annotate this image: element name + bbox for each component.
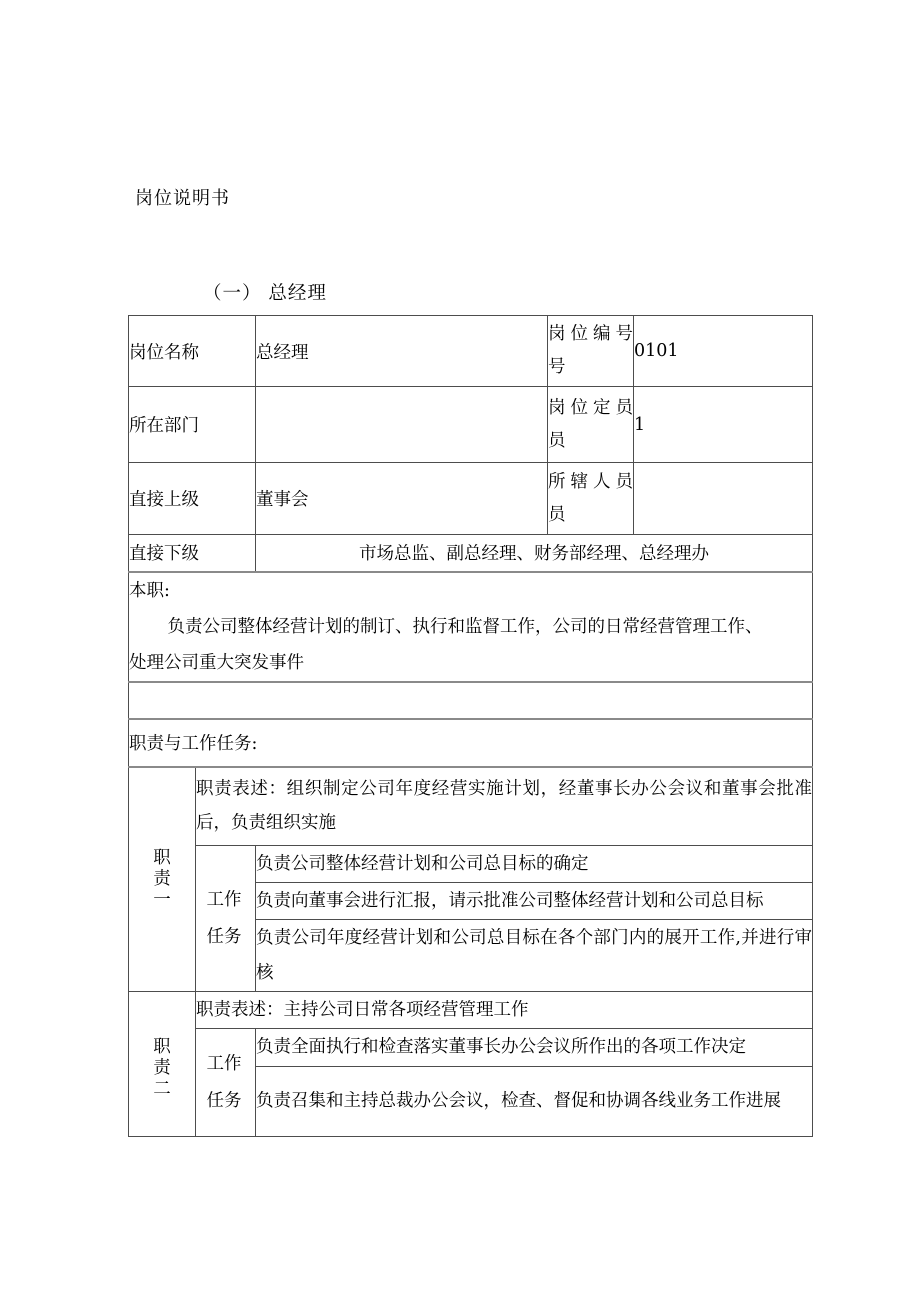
row-tasks-header: 职责与工作任务:	[129, 719, 813, 767]
row-department: 所在部门 岗位定员员 1	[129, 387, 813, 463]
department-value	[256, 387, 548, 463]
direct-subordinates-label: 直接下级	[129, 535, 256, 572]
resp1-task-label-cell: 工作任务	[196, 846, 256, 992]
job-description-table: 岗位名称 总经理 岗位编号号 0101 所在部门 岗位定员员 1 直接上级 董事…	[128, 315, 813, 1137]
headcount-label: 岗位定员员	[548, 387, 634, 463]
resp2-label: 职责二	[152, 1037, 172, 1100]
resp1-task3: 负责公司年度经营计划和公司总目标在各个部门内的展开工作,并进行审核	[256, 920, 813, 992]
resp1-label-cell: 职责一	[129, 767, 196, 992]
main-duty-line2: 处理公司重大突发事件	[129, 645, 812, 681]
row-resp2-task1: 工作任务 负责全面执行和检查落实董事长办公会议所作出的各项工作决定	[129, 1029, 813, 1067]
resp1-task2: 负责向董事会进行汇报，请示批准公司整体经营计划和公司总目标	[256, 883, 813, 920]
direct-superior-value: 董事会	[256, 463, 548, 535]
position-name-value: 总经理	[256, 316, 548, 387]
position-name-label: 岗位名称	[129, 316, 256, 387]
document-page: 岗位说明书 （一） 总经理 岗位名称 总经理 岗位编号号 0101 所在部门 岗…	[0, 0, 920, 1302]
document-title: 岗位说明书	[135, 184, 230, 210]
position-code-value: 0101	[634, 316, 813, 387]
resp1-task-label: 工作任务	[207, 882, 245, 956]
resp2-statement: 职责表述：主持公司日常各项经营管理工作	[196, 992, 813, 1029]
resp2-label-cell: 职责二	[129, 992, 196, 1137]
subordinate-staff-label: 所辖人员员	[548, 463, 634, 535]
main-duty-line1: 负责公司整体经营计划的制订、执行和监督工作，公司的日常经营管理工作、	[129, 609, 812, 645]
resp2-task-label: 工作任务	[207, 1046, 245, 1120]
subordinate-staff-value	[634, 463, 813, 535]
resp1-label: 职责一	[152, 848, 172, 911]
row-direct-subordinates: 直接下级 市场总监、副总经理、财务部经理、总经理办	[129, 535, 813, 572]
main-duty-cell: 本职: 负责公司整体经营计划的制订、执行和监督工作，公司的日常经营管理工作、 处…	[129, 572, 813, 682]
main-duty-label: 本职:	[129, 573, 812, 609]
department-label: 所在部门	[129, 387, 256, 463]
resp2-task2: 负责召集和主持总裁办公会议，检查、督促和协调各线业务工作进展	[256, 1067, 813, 1137]
resp2-task1: 负责全面执行和检查落实董事长办公会议所作出的各项工作决定	[256, 1029, 813, 1067]
row-direct-superior: 直接上级 董事会 所辖人员员	[129, 463, 813, 535]
row-position-name: 岗位名称 总经理 岗位编号号 0101	[129, 316, 813, 387]
row-main-duty: 本职: 负责公司整体经营计划的制订、执行和监督工作，公司的日常经营管理工作、 处…	[129, 572, 813, 682]
position-code-label: 岗位编号号	[548, 316, 634, 387]
resp2-task-label-cell: 工作任务	[196, 1029, 256, 1137]
direct-superior-label: 直接上级	[129, 463, 256, 535]
resp1-task1: 负责公司整体经营计划和公司总目标的确定	[256, 846, 813, 883]
resp1-statement: 职责表述：组织制定公司年度经营实施计划，经董事长办公会议和董事会批准后，负责组织…	[196, 767, 813, 846]
row-resp1-statement: 职责一 职责表述：组织制定公司年度经营实施计划，经董事长办公会议和董事会批准后，…	[129, 767, 813, 846]
headcount-value: 1	[634, 387, 813, 463]
row-resp2-statement: 职责二 职责表述：主持公司日常各项经营管理工作	[129, 992, 813, 1029]
row-empty	[129, 682, 813, 719]
direct-subordinates-value: 市场总监、副总经理、财务部经理、总经理办	[256, 535, 813, 572]
tasks-section-header: 职责与工作任务:	[129, 719, 813, 767]
empty-cell	[129, 682, 813, 719]
section-heading: （一） 总经理	[203, 279, 327, 305]
row-resp1-task1: 工作任务 负责公司整体经营计划和公司总目标的确定	[129, 846, 813, 883]
